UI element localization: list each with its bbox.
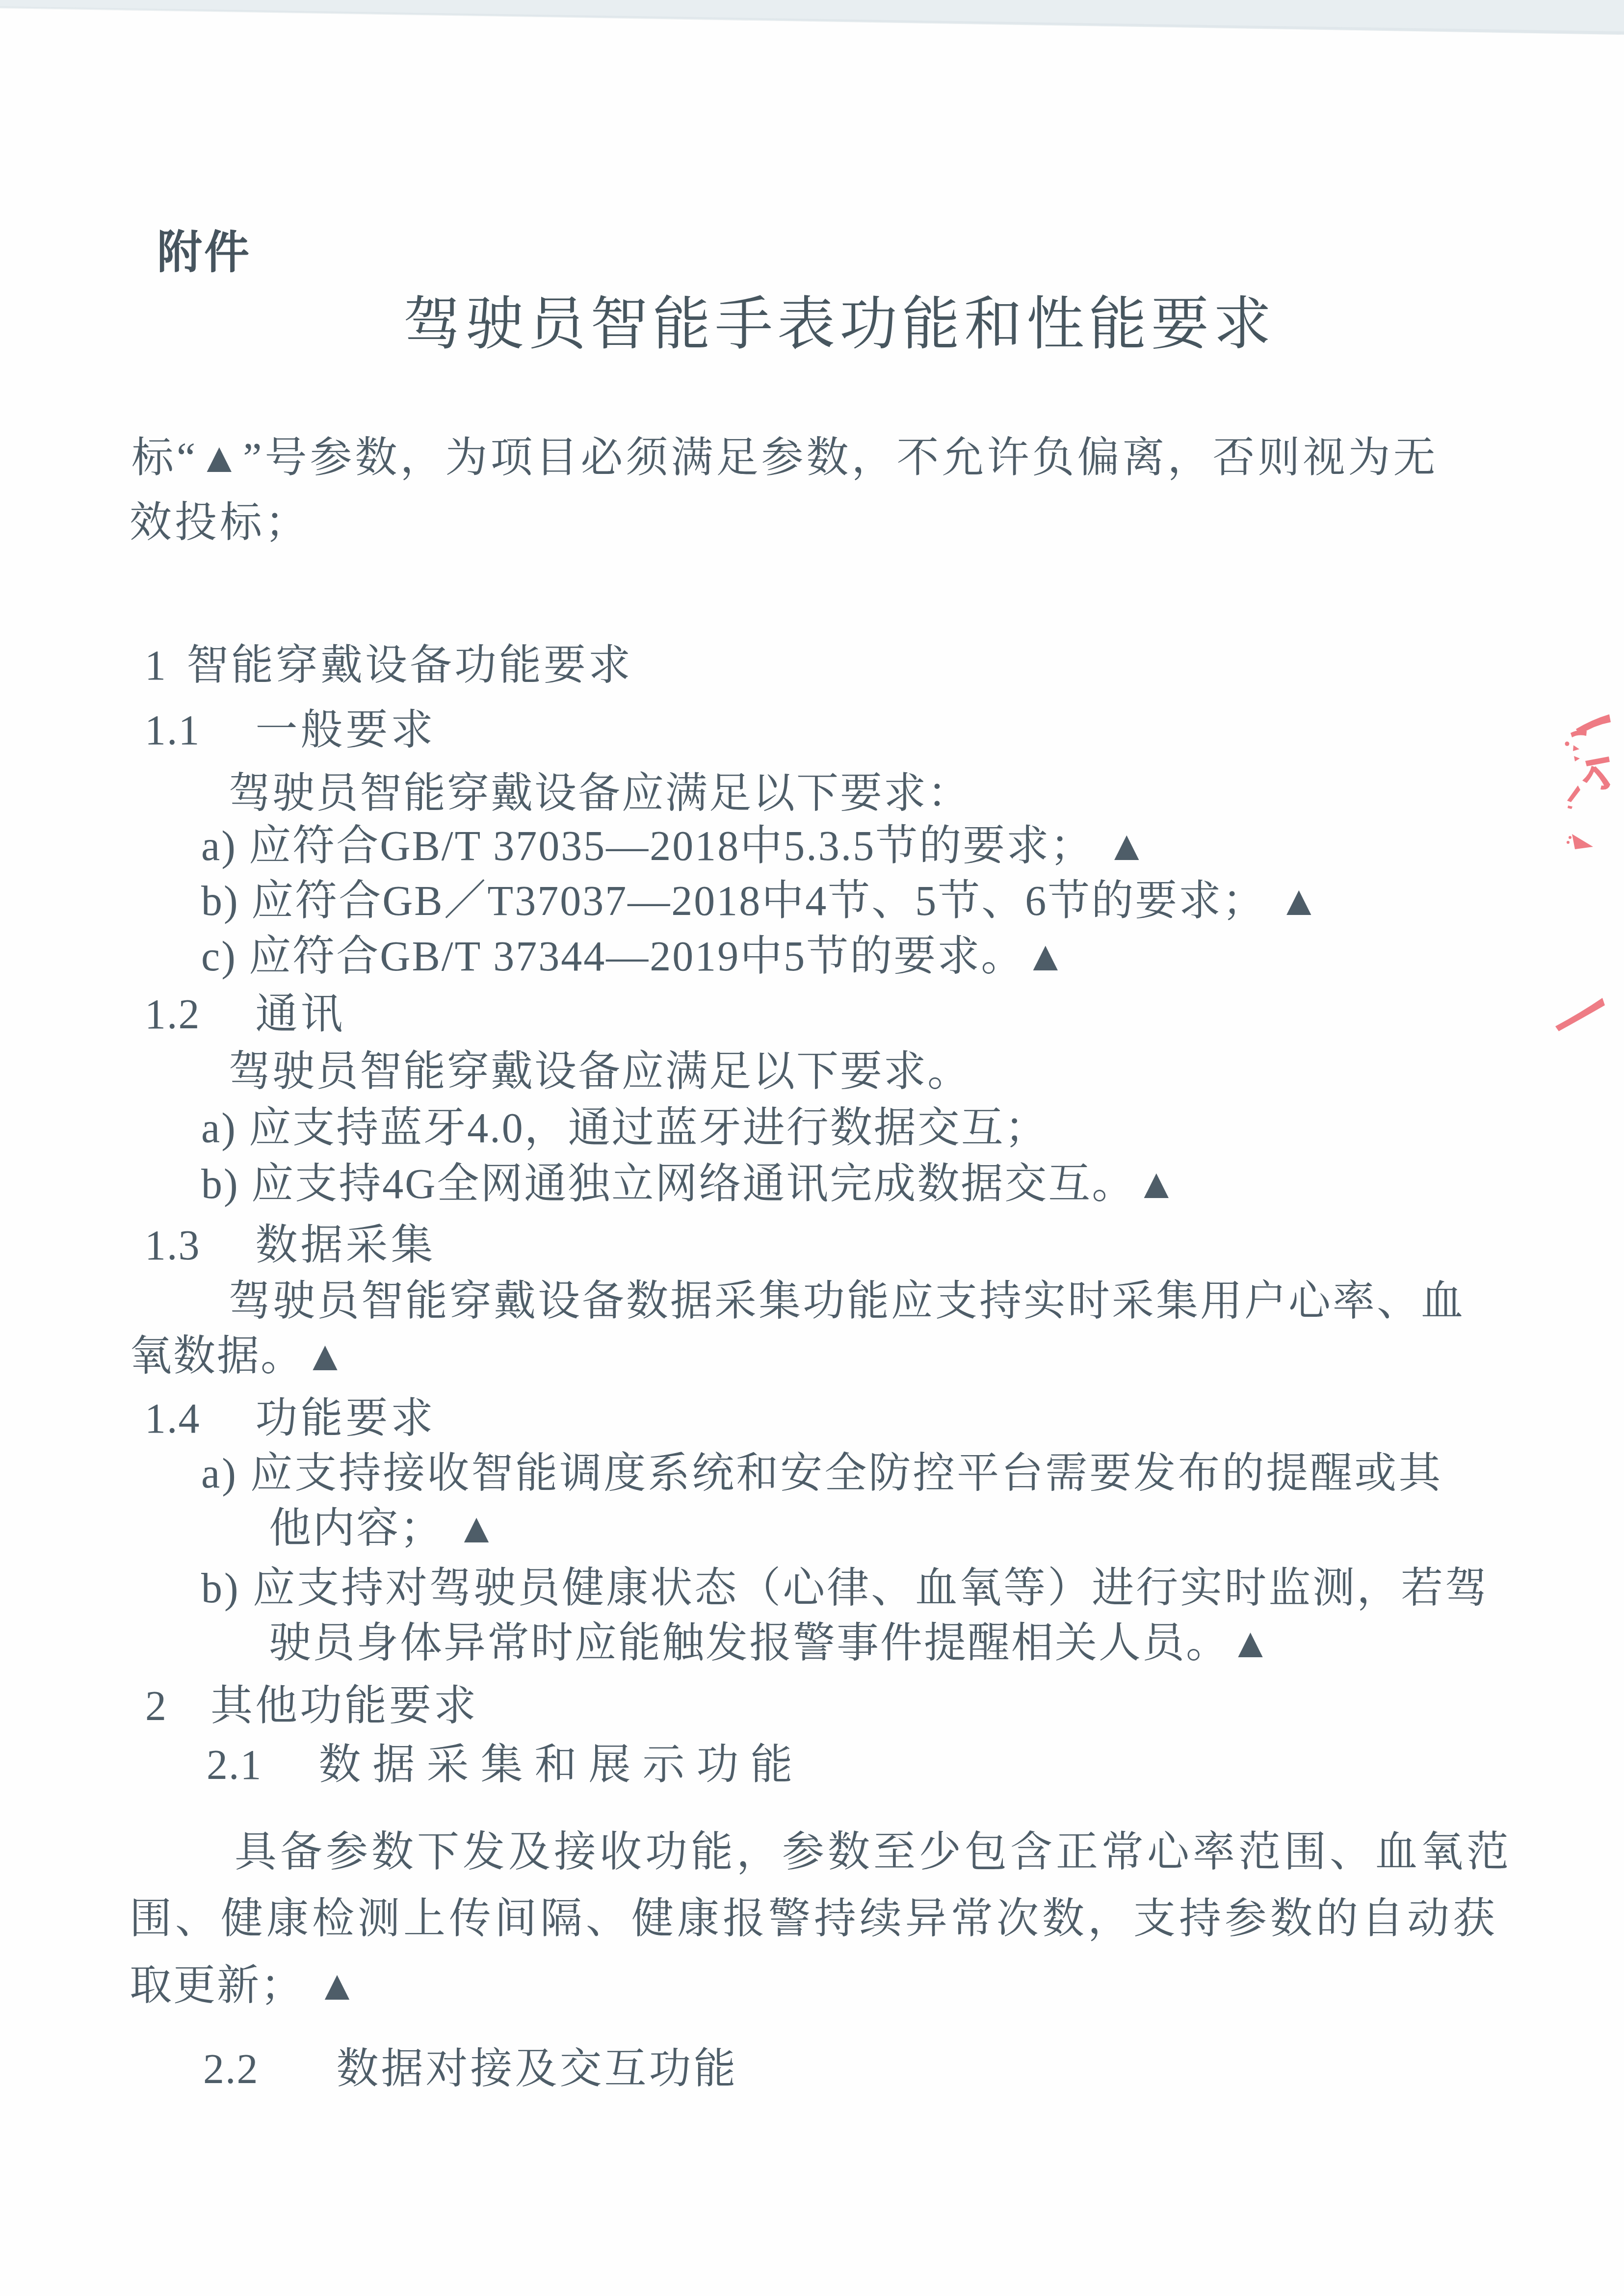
section-1-2-title: 通讯 <box>256 988 346 1041</box>
section-1-4-title: 功能要求 <box>256 1392 436 1445</box>
item-1-1-c: c) 应符合GB/T 37344—2019中5节的要求。▲ <box>201 930 1068 983</box>
section-1-2-number: 1.2 <box>145 988 201 1041</box>
section-1-1-intro: 驾驶员智能穿戴设备应满足以下要求： <box>229 767 971 820</box>
section-1-3-line-1: 驾驶员智能穿戴设备数据采集功能应支持实时采集用户心率、血 <box>229 1275 1465 1328</box>
section-2-number: 2 <box>145 1680 167 1733</box>
section-2-1-line-2: 围、健康检测上传间隔、健康报警持续异常次数，支持参数的自动获 <box>130 1893 1498 1946</box>
red-seal-stamp-fragment <box>1536 697 1624 1040</box>
item-1-4-a-line-1: a) 应支持接收智能调度系统和安全防控平台需要发布的提醒或其 <box>201 1447 1442 1500</box>
item-1-2-b: b) 应支持4G全网通独立网络通讯完成数据交互。▲ <box>201 1158 1179 1211</box>
section-2-1-number: 2.1 <box>207 1739 262 1792</box>
section-1-3-number: 1.3 <box>145 1219 201 1272</box>
section-2-1-line-1: 具备参数下发及接收功能，参数至少包含正常心率范围、血氧范 <box>235 1826 1512 1879</box>
section-1-heading: 1 智能穿戴设备功能要求 <box>145 639 633 692</box>
item-1-4-b-line-1: b) 应支持对驾驶员健康状态（心律、血氧等）进行实时监测，若驾 <box>201 1562 1489 1615</box>
section-1-3-heading: 1.3 数据采集 <box>145 1219 436 1272</box>
section-2-1-line-3: 取更新； ▲ <box>130 1959 360 2012</box>
item-1-1-b: b) 应符合GB／T37037—2018中4节、5节、6节的要求； ▲ <box>201 875 1321 928</box>
section-2-1-title: 数据采集和展示功能 <box>319 1739 805 1792</box>
section-2-2-title: 数据对接及交互功能 <box>337 2043 738 2096</box>
scanned-document-page: 附件 驾驶员智能手表功能和性能要求 标“▲”号参数，为项目必须满足参数，不允许负… <box>0 0 1624 2296</box>
scanner-edge-band <box>0 0 1624 49</box>
section-1-4-number: 1.4 <box>145 1392 201 1445</box>
item-1-1-a: a) 应符合GB/T 37035—2018中5.3.5节的要求； ▲ <box>201 820 1149 873</box>
section-1-title: 智能穿戴设备功能要求 <box>186 639 633 692</box>
section-2-1-heading: 2.1 数据采集和展示功能 <box>207 1739 805 1792</box>
document-title: 驾驶员智能手表功能和性能要求 <box>403 288 1276 361</box>
attachment-label: 附件 <box>157 225 251 281</box>
item-1-2-a: a) 应支持蓝牙4.0，通过蓝牙进行数据交互； <box>201 1102 1048 1155</box>
section-1-2-heading: 1.2 通讯 <box>145 988 346 1041</box>
section-2-2-number: 2.2 <box>203 2043 259 2096</box>
section-1-2-intro: 驾驶员智能穿戴设备应满足以下要求。 <box>229 1045 971 1098</box>
section-1-4-heading: 1.4 功能要求 <box>145 1392 436 1445</box>
section-1-1-number: 1.1 <box>145 704 201 757</box>
section-1-3-title: 数据采集 <box>256 1219 436 1272</box>
item-1-4-b-line-2: 驶员身体异常时应能触发报警事件提醒相关人员。▲ <box>269 1617 1273 1670</box>
section-2-heading: 2 其他功能要求 <box>145 1680 478 1733</box>
section-1-3-line-2: 氧数据。▲ <box>130 1330 347 1383</box>
item-1-4-a-line-2: 他内容； ▲ <box>269 1502 499 1555</box>
section-1-1-heading: 1.1 一般要求 <box>145 704 436 757</box>
notice-line-1: 标“▲”号参数，为项目必须满足参数，不允许负偏离，否则视为无 <box>131 432 1438 485</box>
section-1-1-title: 一般要求 <box>256 704 436 757</box>
notice-line-2: 效投标； <box>130 496 310 549</box>
section-2-2-heading: 2.2 数据对接及交互功能 <box>203 2043 738 2096</box>
section-1-number: 1 <box>145 639 167 692</box>
section-2-title: 其他功能要求 <box>210 1680 478 1733</box>
